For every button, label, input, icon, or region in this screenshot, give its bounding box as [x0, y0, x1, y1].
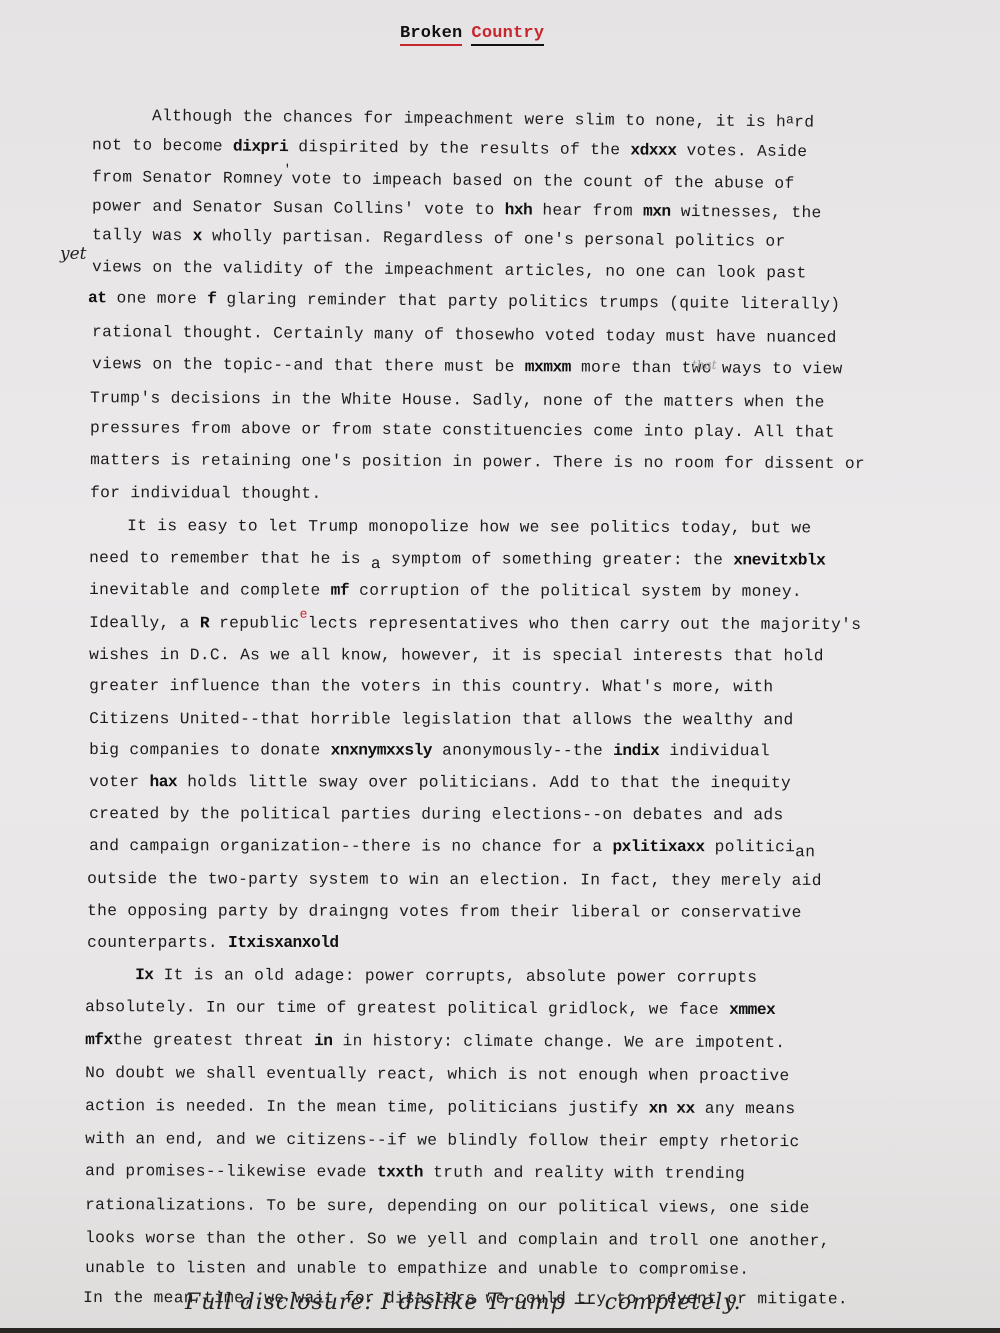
- red-insert-e: e: [300, 607, 308, 622]
- handwritten-apostrophe: ': [283, 162, 291, 177]
- title-word-broken: Broken: [400, 24, 462, 46]
- title-word-country: Country: [471, 24, 544, 46]
- document-title: BrokenCountry: [400, 24, 544, 43]
- handwritten-yet: yet: [60, 244, 87, 264]
- pencil-annotation-that: that: [692, 358, 717, 372]
- handwritten-closing-note: Full disclosure: I dislike Trump — compl…: [185, 1290, 742, 1315]
- photo-bottom-edge: [0, 1328, 1000, 1333]
